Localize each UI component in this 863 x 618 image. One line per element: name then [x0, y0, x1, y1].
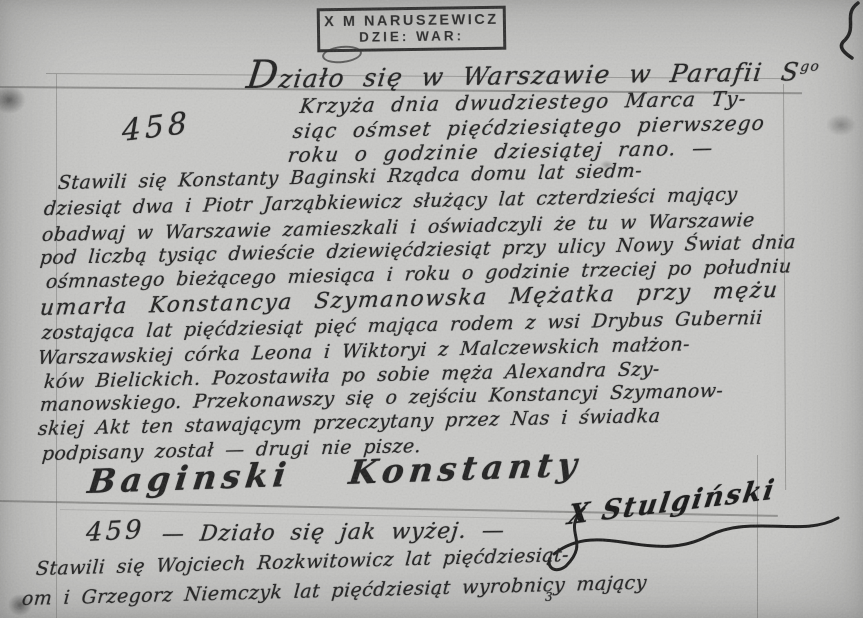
ink-blot [826, 114, 856, 136]
record-number-458: 458 [122, 105, 191, 149]
record-number-459: 459 [86, 515, 145, 548]
record-459-heading: — Działo się jak wyżej. — [161, 518, 507, 547]
handwritten-line: Stawili się Wojciech Rozkwitowicz lat pi… [35, 544, 570, 580]
stamp-line-2: DZIE: WAR: [359, 29, 464, 45]
corner-ink-mark [826, 0, 863, 62]
heading-superscript: go [799, 59, 821, 75]
ink-blot [0, 86, 26, 114]
frame-right-rule-upper [783, 84, 786, 490]
interline-correction-mark: 3 [545, 590, 553, 604]
register-page: X M NARUSZEWICZ DZIE: WAR: Działo się w … [0, 0, 863, 618]
